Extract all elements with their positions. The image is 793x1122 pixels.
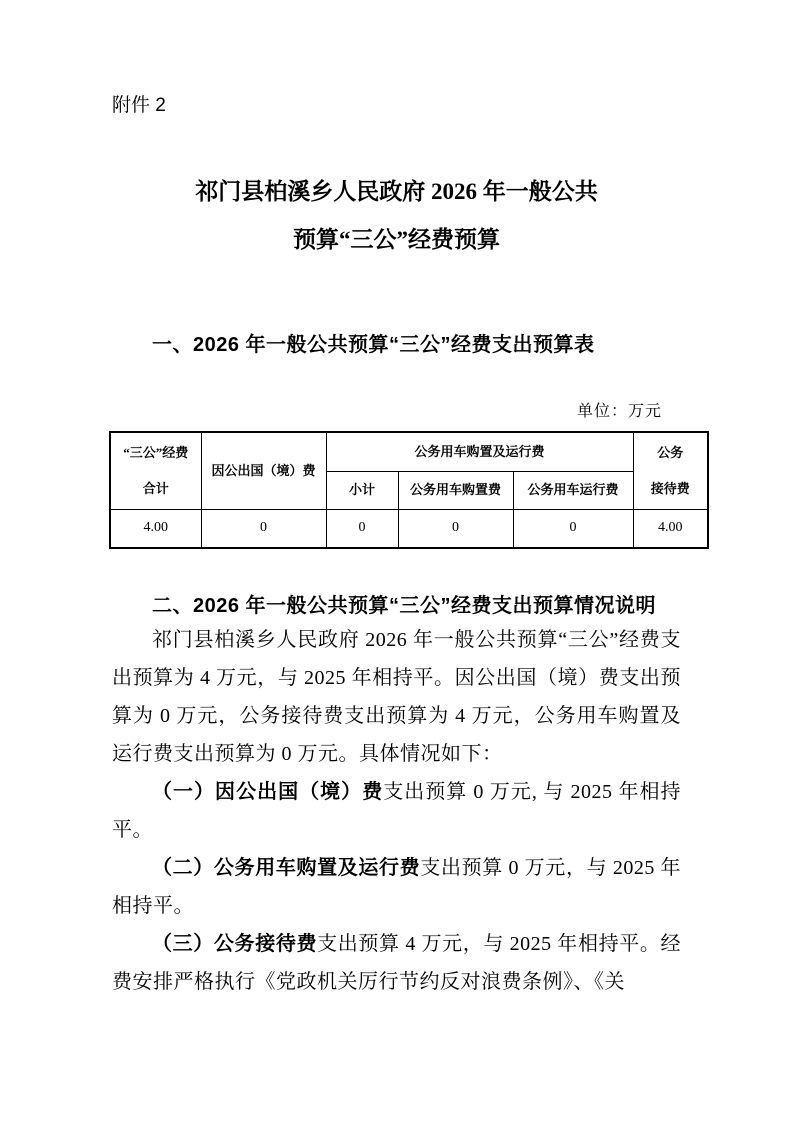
header-total-line2: 合计 [143,481,169,496]
item3-lead: （三）公务接待费 [152,933,317,955]
section2-heading: 二、2026 年一般公共预算“三公”经费支出预算情况说明 [152,589,656,618]
section1-heading: 一、2026 年一般公共预算“三公”经费支出预算表 [152,328,595,357]
header-cell-total: “三公”经费 合计 [110,432,201,509]
header-reception-line2: 接待费 [651,481,690,496]
header-reception-line1: 公务 [657,445,683,460]
header-cell-vehicle-subtotal: 小计 [326,471,398,509]
document-page: 附件 2 祁门县柏溪乡人民政府 2026 年一般公共 预算“三公”经费预算 一、… [0,0,793,1122]
document-title: 祁门县柏溪乡人民政府 2026 年一般公共 预算“三公”经费预算 [0,168,793,264]
explanation-paragraph-1: 祁门县柏溪乡人民政府 2026 年一般公共预算“三公”经费支出预算为 4 万元，… [112,621,681,773]
table-header-row-1: “三公”经费 合计 因公出国（境）费 公务用车购置及运行费 公务 接待费 [110,432,708,471]
budget-table: “三公”经费 合计 因公出国（境）费 公务用车购置及运行费 公务 接待费 小计 … [109,431,709,549]
cell-vehicle-subtotal-value: 0 [326,509,398,548]
cell-vehicle-purchase-value: 0 [398,509,513,548]
cell-vehicle-operation-value: 0 [513,509,633,548]
header-total-line1: “三公”经费 [123,445,188,460]
document-title-line1: 祁门县柏溪乡人民政府 2026 年一般公共 [0,168,793,216]
explanation-item-1: （一）因公出国（境）费支出预算 0 万元, 与 2025 年相持平。 [112,773,681,849]
header-cell-vehicle-group: 公务用车购置及运行费 [326,432,633,471]
cell-abroad-value: 0 [201,509,326,548]
document-title-line2: 预算“三公”经费预算 [0,216,793,264]
table-unit-label: 单位：万元 [577,398,662,421]
item1-lead: （一）因公出国（境）费 [152,781,383,803]
cell-total-value: 4.00 [110,509,201,548]
header-cell-vehicle-purchase: 公务用车购置费 [398,471,513,509]
explanation-item-3: （三）公务接待费支出预算 4 万元，与 2025 年相持平。经费安排严格执行《党… [112,925,681,1001]
header-cell-reception: 公务 接待费 [633,432,708,509]
explanation-item-2: （二）公务用车购置及运行费支出预算 0 万元，与 2025 年相持平。 [112,849,681,925]
explanation-body: 祁门县柏溪乡人民政府 2026 年一般公共预算“三公”经费支出预算为 4 万元，… [112,621,681,1001]
header-cell-abroad: 因公出国（境）费 [201,432,326,509]
cell-reception-value: 4.00 [633,509,708,548]
table-data-row: 4.00 0 0 0 0 4.00 [110,509,708,548]
item2-lead: （二）公务用车购置及运行费 [152,857,420,879]
attachment-label: 附件 2 [112,90,166,117]
header-cell-vehicle-operation: 公务用车运行费 [513,471,633,509]
